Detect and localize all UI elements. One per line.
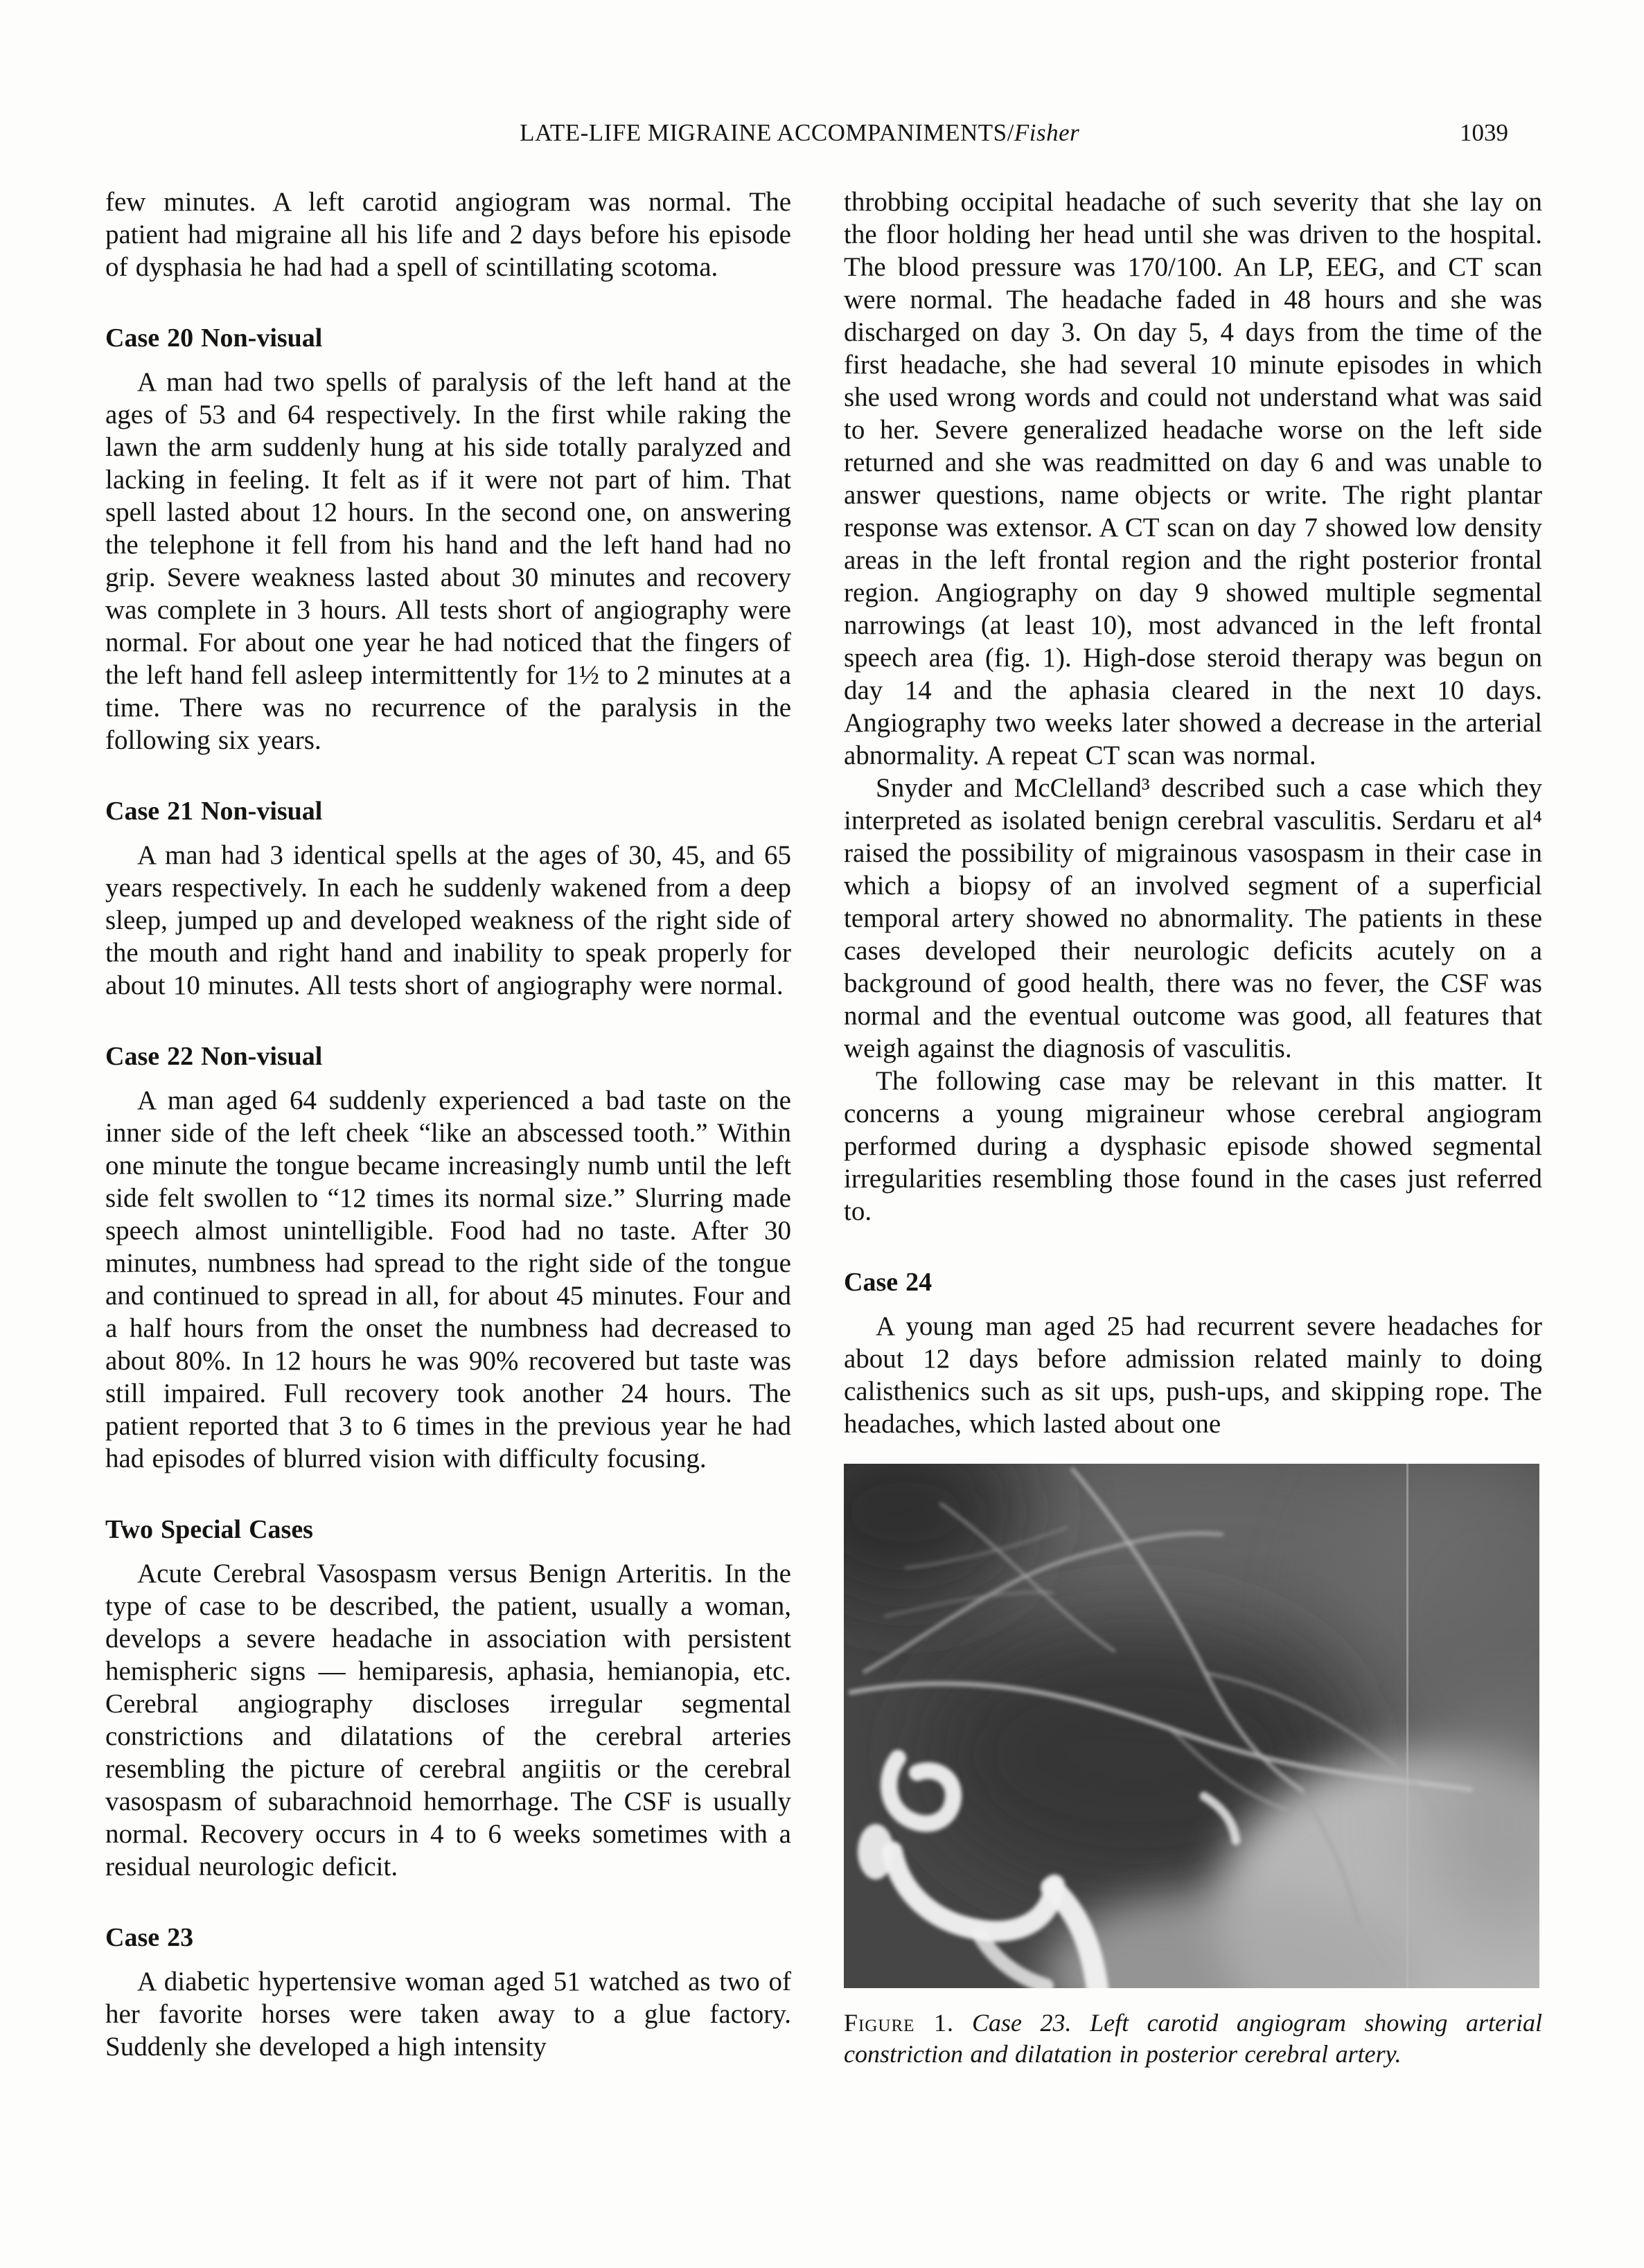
paragraph-continuation-left: few minutes. A left carotid angiogram wa… [105,186,791,283]
paragraph-case-23: A diabetic hypertensive woman aged 51 wa… [105,1965,791,2063]
heading-case-20: Case 20 Non-visual [105,322,791,355]
heading-case-22: Case 22 Non-visual [105,1040,791,1073]
heading-case-21: Case 21 Non-visual [105,795,791,828]
heading-case-24: Case 24 [844,1266,1542,1299]
paragraph-case-22: A man aged 64 suddenly experienced a bad… [105,1084,791,1475]
paragraph-case-21: A man had 3 identical spells at the ages… [105,839,791,1002]
figure-caption: Figure 1.Case 23. Left carotid angiogram… [844,2008,1542,2070]
paragraph-two-special-cases: Acute Cerebral Vasospasm versus Benign A… [105,1557,791,1883]
paragraph-case-20: A man had two spells of paralysis of the… [105,366,791,756]
heading-case-23: Case 23 [105,1922,791,1954]
figure-1: Figure 1.Case 23. Left carotid angiogram… [844,1464,1542,2070]
left-column: few minutes. A left carotid angiogram wa… [105,186,791,2063]
angiogram-figure-image [844,1464,1539,1988]
running-header: LATE-LIFE MIGRAINE ACCOMPANIMENTS/Fisher… [0,119,1644,154]
paragraph-discussion-following: The following case may be relevant in th… [844,1065,1542,1228]
paragraph-case-24: A young man aged 25 had recurrent severe… [844,1310,1542,1440]
running-head: LATE-LIFE MIGRAINE ACCOMPANIMENTS/Fisher [520,119,1079,147]
paragraph-continuation-right: throbbing occipital headache of such sev… [844,186,1542,772]
running-head-title: LATE-LIFE MIGRAINE ACCOMPANIMENTS/ [520,119,1014,146]
paragraph-discussion-snyder: Snyder and McClelland³ described such a … [844,772,1542,1065]
right-column: throbbing occipital headache of such sev… [844,186,1542,2070]
angiogram-xray-graphic [844,1464,1539,1988]
figure-caption-label: Figure 1. [844,2009,954,2037]
journal-page: LATE-LIFE MIGRAINE ACCOMPANIMENTS/Fisher… [0,0,1644,2268]
running-head-author: Fisher [1014,119,1079,146]
heading-two-special-cases: Two Special Cases [105,1514,791,1546]
page-number: 1039 [1460,119,1508,147]
